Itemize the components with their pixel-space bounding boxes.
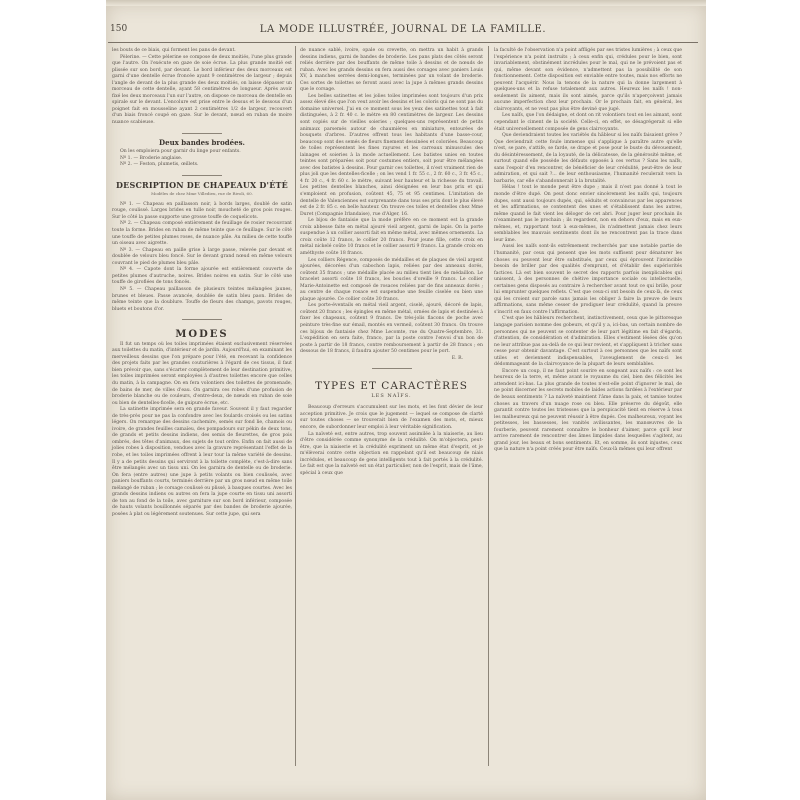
section-rule [372, 368, 412, 369]
section-title-chapeaux: DESCRIPTION DE CHAPEAUX D'ÉTÉ [112, 182, 292, 189]
signature: E. R. [300, 356, 483, 363]
paragraph: Les naïfs, que l'on dédaigne, et dont on… [494, 113, 682, 133]
list-item: Nº 5. — Chapeau paillasson de plusieurs … [112, 287, 292, 313]
column-2: de nuance sablé, ivoire, opale ou crevet… [300, 48, 483, 477]
paragraph: Il fut un temps où les toiles imprimées … [112, 342, 292, 407]
page-header: 150 LA MODE ILLUSTRÉE, JOURNAL DE LA FAM… [108, 24, 698, 40]
paragraph: C'est que les hâbleurs recherchent, inst… [494, 316, 682, 368]
list-item: Nº 2. — Feston, plumetis, œillets. [112, 162, 292, 169]
paragraph: Encore un coup, il ne faut point sourire… [494, 369, 682, 454]
paragraph: Beaucoup d'erreurs s'accumulent sur les … [300, 405, 483, 431]
paragraph: Le bijou de fantaisie que la mode préfèr… [300, 218, 483, 257]
section-rule [182, 175, 222, 176]
list-item: Nº 4. — Capote dont la forme ajourée est… [112, 267, 292, 287]
paragraph: Les belles satinettes et les jolies toil… [300, 94, 483, 218]
paragraph: Aussi les naïfs sont-ils extrêmement rec… [494, 244, 682, 316]
list-item: Nº 3. — Chapeau en paille grise à large … [112, 248, 292, 268]
paragraph: Hélas ! tout le monde peut être dupe ; m… [494, 185, 682, 244]
paragraph: de nuance sablé, ivoire, opale ou crevet… [300, 48, 483, 94]
paragraph: Pèlerine. — Cette pèlerine se compose de… [112, 55, 292, 127]
column-3: la faculté de l'observation n'a point af… [494, 48, 682, 454]
section-title-modes: MODES [112, 332, 292, 339]
column-1: les bouts de ce biais, qui forment les p… [112, 48, 292, 518]
paragraph: La naïveté est, entre autres, trop souve… [300, 432, 483, 478]
section-rule [182, 319, 222, 320]
section-subtitle: Modèles de chez Mme Villedieu, rue de Ri… [112, 191, 292, 198]
list-item: Nº 1. — Chapeau en paillasson noir, à bo… [112, 202, 292, 222]
section-title-types: TYPES ET CARACTÈRES [300, 383, 483, 390]
section-subtitle: LES NAÏFS. [300, 393, 483, 400]
journal-title: LA MODE ILLUSTRÉE, JOURNAL DE LA FAMILLE… [108, 24, 698, 35]
section-rule [182, 133, 222, 134]
list-item: Nº 2. — Chapeau composé entièrement de f… [112, 221, 292, 247]
column-divider-1 [295, 46, 296, 766]
paragraph: la faculté de l'observation n'a point af… [494, 48, 682, 113]
paragraph: Que deviendraient toutes les variétés du… [494, 133, 682, 185]
header-rule [108, 42, 698, 43]
paragraph: La satinette imprimée sera en grande fav… [112, 407, 292, 518]
page-top-edge [106, 0, 706, 6]
paragraph: Les colliers Régence, composés de médail… [300, 258, 483, 304]
paragraph: Les porte-éventails en métal vieil argen… [300, 303, 483, 355]
section-title-bandes: Deux bandes brodées. [112, 140, 292, 147]
column-divider-2 [488, 46, 489, 766]
